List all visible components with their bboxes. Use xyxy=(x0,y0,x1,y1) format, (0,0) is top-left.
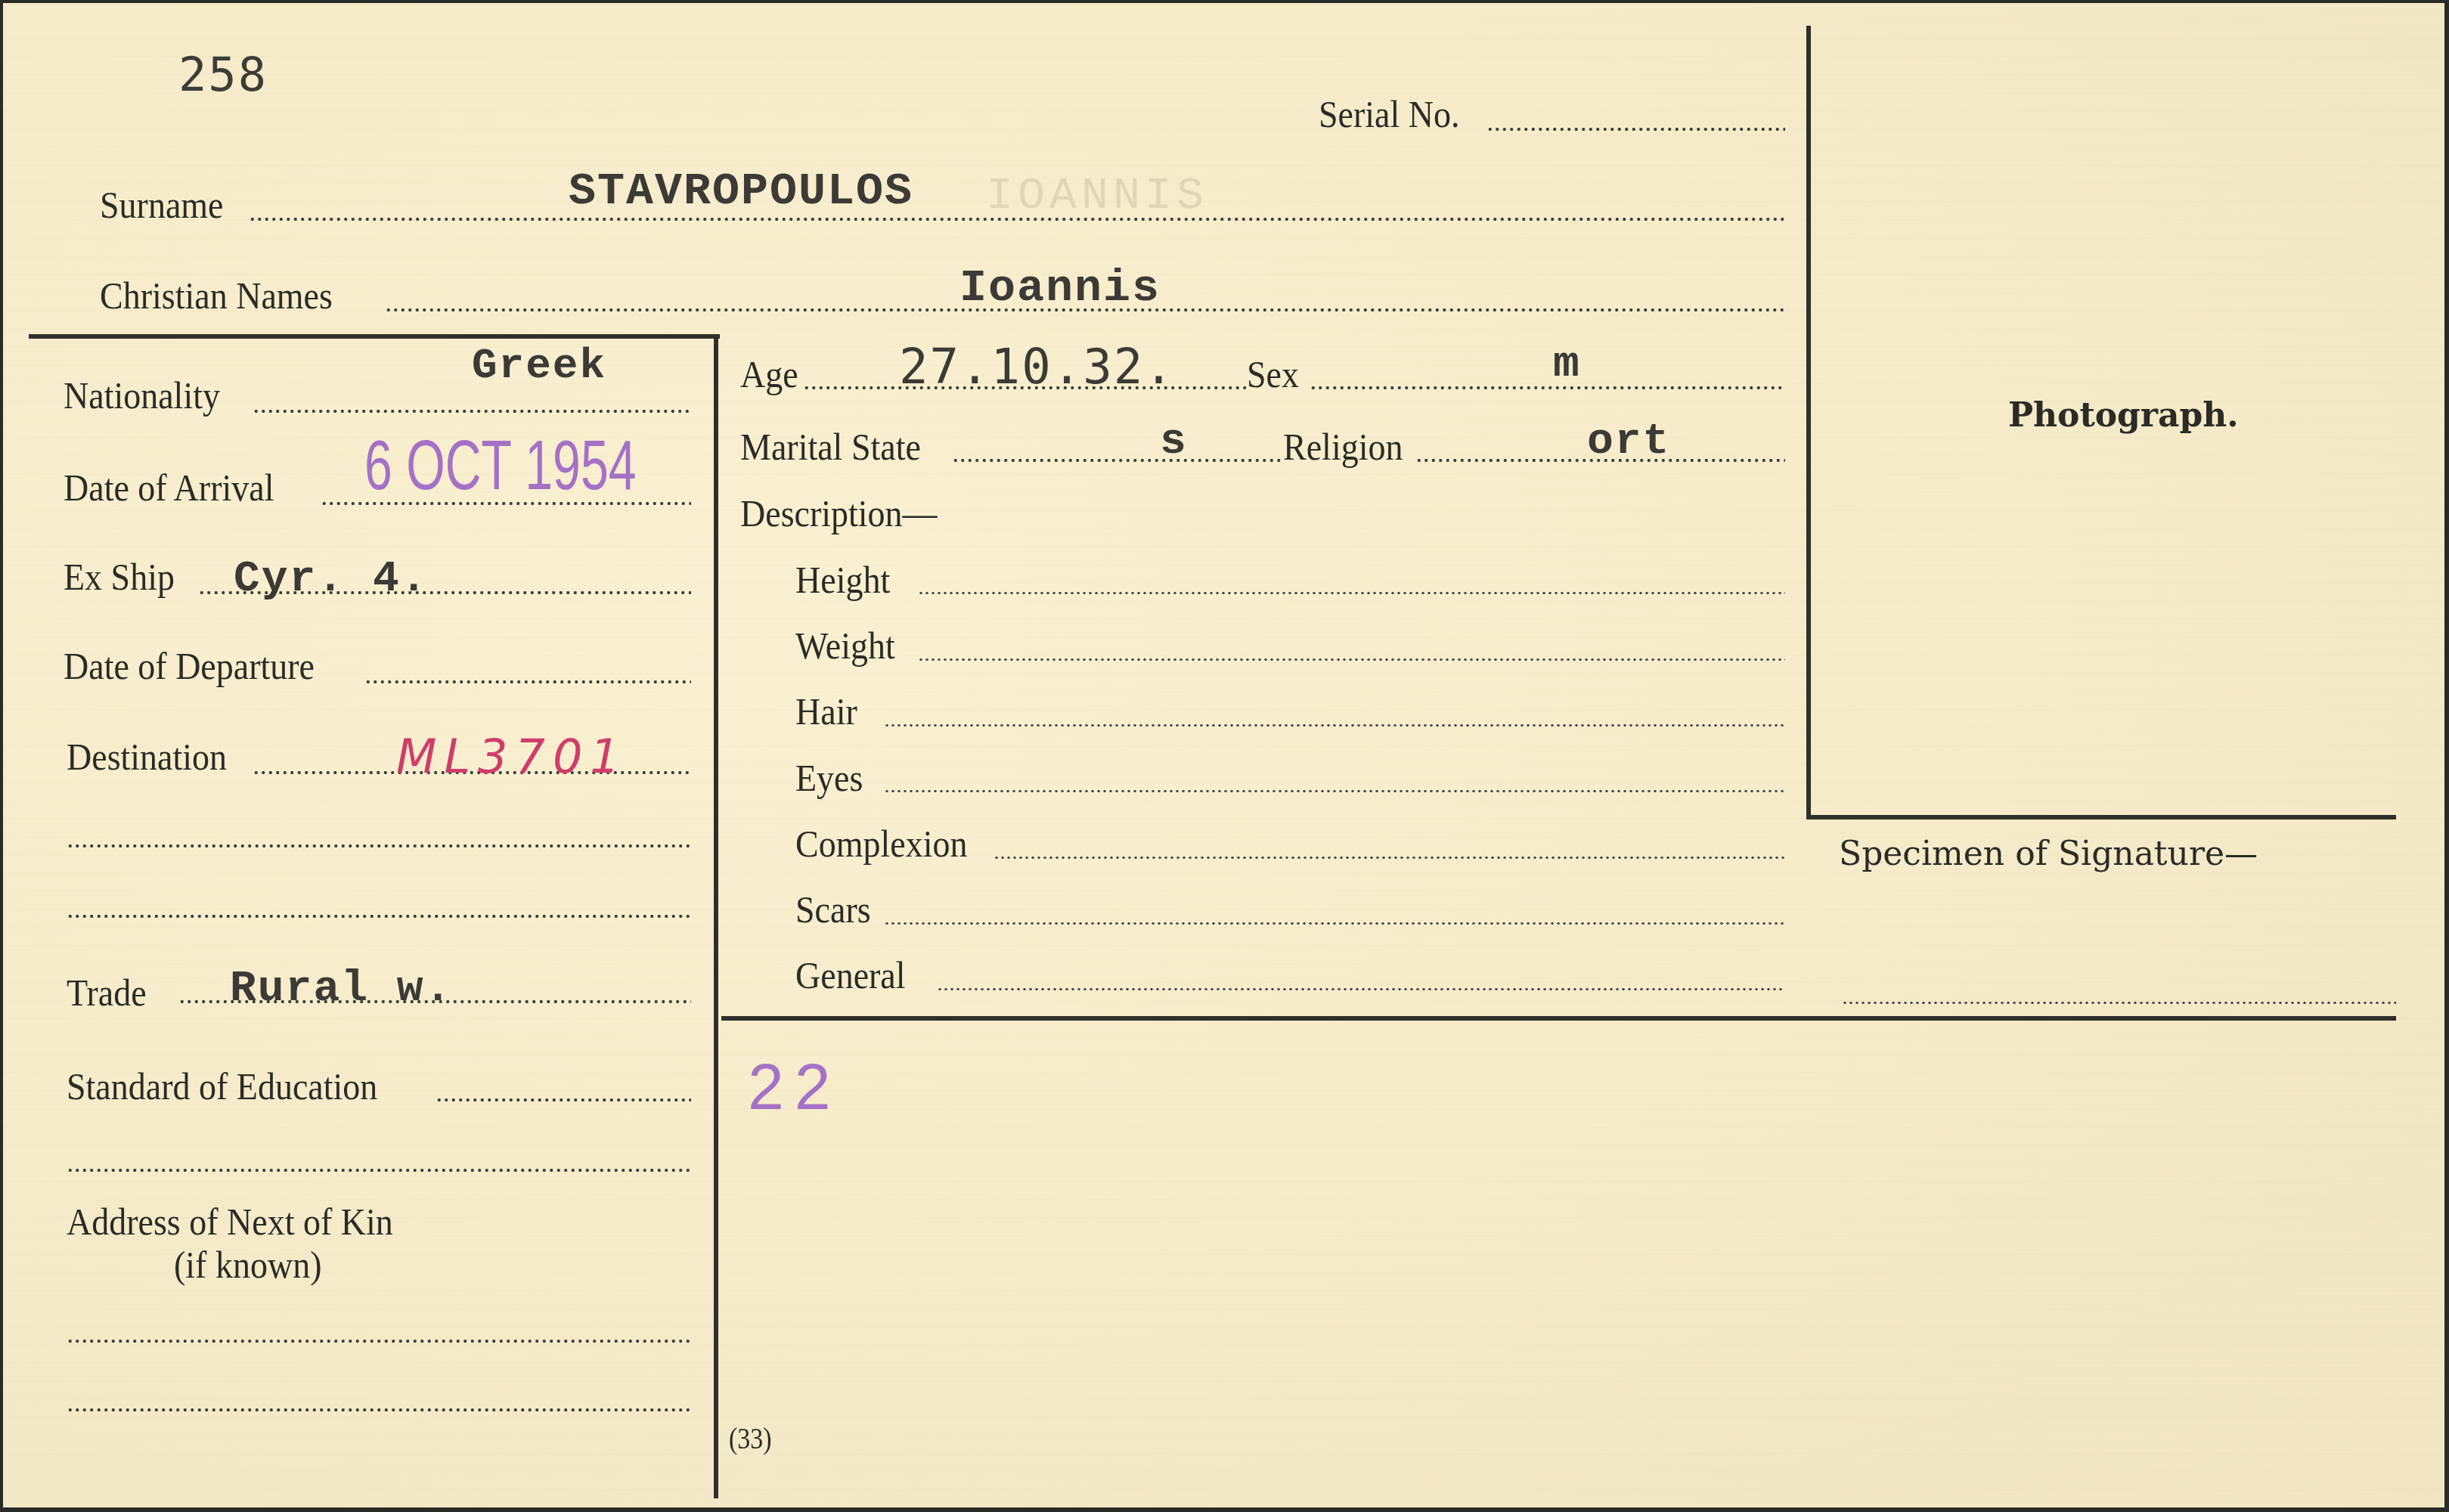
next-of-kin-label: Address of Next of Kin xyxy=(67,1200,393,1244)
christian-names-label: Christian Names xyxy=(100,274,333,318)
destination-handwritten: ML3701 xyxy=(396,729,628,784)
next-of-kin-line-1[interactable] xyxy=(67,1339,691,1343)
arrival-date-stamp: 6 OCT 1954 xyxy=(364,426,637,506)
date-of-departure-field[interactable] xyxy=(364,680,691,684)
age-value: 27.10.32. xyxy=(899,339,1175,395)
standard-of-education-label: Standard of Education xyxy=(67,1064,377,1108)
marital-state-value: s xyxy=(1160,417,1188,466)
form-number: (33) xyxy=(729,1421,772,1456)
serial-no-label: Serial No. xyxy=(1319,92,1460,136)
religion-value: ort xyxy=(1587,417,1670,466)
signature-field[interactable] xyxy=(1842,1001,2396,1005)
trade-label: Trade xyxy=(67,971,147,1015)
age-label: Age xyxy=(740,352,798,396)
left-column-top-rule xyxy=(29,334,720,339)
photo-box-bottom-rule xyxy=(1806,815,2396,820)
date-of-arrival-label: Date of Arrival xyxy=(64,466,274,510)
marital-state-label: Marital State xyxy=(740,425,921,469)
surname-value: STAVROPOULOS xyxy=(569,166,913,218)
standard-of-education-field[interactable] xyxy=(436,1098,691,1102)
nationality-value: Greek xyxy=(472,342,606,390)
next-of-kin-line-2[interactable] xyxy=(67,1408,691,1412)
sex-field[interactable] xyxy=(1310,386,1785,390)
education-extra-line[interactable] xyxy=(67,1168,691,1173)
general-label: General xyxy=(795,953,906,997)
serial-no-field[interactable] xyxy=(1486,127,1785,132)
description-label: Description— xyxy=(740,491,938,535)
height-label: Height xyxy=(795,558,890,602)
general-field[interactable] xyxy=(937,987,1785,991)
ex-ship-label: Ex Ship xyxy=(64,555,175,599)
complexion-field[interactable] xyxy=(994,856,1785,860)
description-bottom-rule xyxy=(721,1016,2396,1021)
religion-label: Religion xyxy=(1283,425,1403,469)
height-field[interactable] xyxy=(918,591,1785,595)
destination-label: Destination xyxy=(67,735,227,779)
next-of-kin-sublabel: (if known) xyxy=(174,1243,321,1287)
scars-label: Scars xyxy=(795,888,871,931)
trade-value: Rural w. xyxy=(230,965,452,1014)
number-stamp: 22 xyxy=(748,1050,842,1125)
date-of-departure-label: Date of Departure xyxy=(64,644,315,688)
specimen-of-signature-label: Specimen of Signature— xyxy=(1839,835,2258,873)
ex-ship-value: Cyr. 4. xyxy=(234,555,429,604)
destination-extra-line-1[interactable] xyxy=(67,844,691,848)
weight-label: Weight xyxy=(795,624,895,668)
photo-box-left-rule xyxy=(1806,26,1811,820)
eyes-field[interactable] xyxy=(884,789,1785,793)
nationality-field[interactable] xyxy=(253,409,691,414)
hair-label: Hair xyxy=(795,689,857,733)
scars-field[interactable] xyxy=(884,922,1785,925)
column-divider xyxy=(714,334,718,1498)
hair-field[interactable] xyxy=(884,723,1785,727)
destination-extra-line-2[interactable] xyxy=(67,914,691,919)
surname-ghost-impression: IOANNIS xyxy=(986,171,1208,222)
nationality-label: Nationality xyxy=(64,373,220,417)
registration-card: 258 Serial No. Surname STAVROPOULOS IOAN… xyxy=(3,3,2444,1507)
marital-state-field[interactable] xyxy=(952,458,1282,463)
eyes-label: Eyes xyxy=(795,756,863,800)
sex-value: m xyxy=(1553,340,1581,389)
christian-names-value: Ioannis xyxy=(959,263,1161,314)
sex-label: Sex xyxy=(1247,352,1299,396)
surname-label: Surname xyxy=(100,183,224,227)
photograph-box[interactable] xyxy=(1812,30,2396,815)
card-number: 258 xyxy=(178,47,268,102)
complexion-label: Complexion xyxy=(795,822,967,866)
weight-field[interactable] xyxy=(918,658,1785,661)
